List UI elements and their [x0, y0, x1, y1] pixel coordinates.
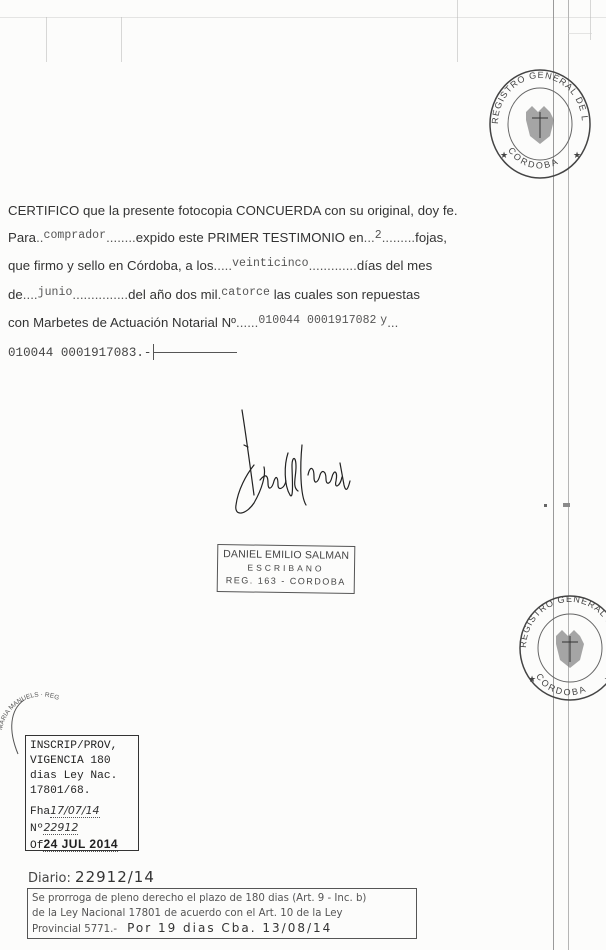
marbete-1: 010044 0001917082 — [258, 314, 376, 327]
fojas-label: fojas, — [415, 230, 447, 245]
inscrip-line-1: INSCRIP/PROV, — [30, 739, 134, 754]
numero-value: 22912 — [43, 821, 78, 835]
cert-statement: CERTIFICO que la presente fotocopia CONC… — [8, 203, 458, 218]
para-value: comprador — [44, 229, 107, 242]
prorroga-stamp: Se prorroga de pleno derecho el plazo de… — [27, 888, 417, 939]
inscrip-line-4: 17801/68. — [30, 784, 134, 799]
cert-line-4: de....junio...............del año dos mi… — [8, 282, 478, 311]
inscrip-line-2: VIGENCIA 180 — [30, 754, 134, 769]
seal-emblem-icon: REGISTRO GENERAL DE LA PROVINCIA CORDOBA… — [512, 590, 606, 710]
diario-entry: Diario: 22912/14 — [28, 868, 155, 886]
svg-text:CORDOBA: CORDOBA — [506, 145, 561, 170]
month-value: junio — [38, 286, 73, 299]
cert-line-1: CERTIFICO que la presente fotocopia CONC… — [8, 198, 478, 225]
closing-line — [153, 352, 237, 353]
expido-text: expido este PRIMER TESTIMONIO en — [136, 230, 364, 245]
diario-value: 22912/14 — [75, 868, 155, 886]
inscrip-line-3: dias Ley Nac. — [30, 769, 134, 784]
inscrip-of: Of24 JUL 2014 — [30, 837, 134, 854]
prorroga-handwritten: Por 19 dias Cba. 13/08/14 — [127, 921, 332, 935]
registry-seal-top: REGISTRO GENERAL DE LA PROVINCIA CORDOBA… — [480, 62, 600, 182]
line3-prefix: que firmo y sello en Córdoba, a los — [8, 258, 214, 273]
para-label: Para — [8, 230, 36, 245]
line3-suffix: días del mes — [357, 258, 432, 273]
cert-line-3: que firmo y sello en Córdoba, a los.....… — [8, 253, 478, 282]
year-prefix: del año dos mil — [128, 287, 217, 302]
copy-border-line — [0, 17, 606, 18]
copy-border-line — [121, 17, 122, 62]
prorroga-line-2: de la Ley Nacional 17801 de acuerdo con … — [32, 906, 412, 921]
y-label: y — [380, 314, 387, 327]
copy-speck — [563, 503, 570, 507]
svg-text:★: ★ — [528, 674, 536, 684]
inscrip-fecha: Fha17/07/14 — [30, 803, 134, 820]
of-date-value: 24 JUL 2014 — [43, 837, 118, 852]
prorroga-line-3: Provincial 5771.-Por 19 dias Cba. 13/08/… — [32, 921, 412, 937]
line5-prefix: con Marbetes de Actuación Notarial Nº — [8, 315, 236, 330]
inscrip-numero: Nº22912 — [30, 820, 134, 837]
fecha-value: 17/07/14 — [50, 804, 99, 818]
copy-speck — [544, 504, 547, 507]
notary-signature — [232, 405, 362, 530]
day-value: veinticinco — [232, 257, 308, 270]
certification-text: CERTIFICO que la presente fotocopia CONC… — [8, 198, 478, 366]
registry-seal-bottom: REGISTRO GENERAL DE LA PROVINCIA CORDOBA… — [512, 590, 606, 710]
inscription-stamp: INSCRIP/PROV, VIGENCIA 180 dias Ley Nac.… — [25, 735, 139, 851]
notary-name: DANIEL EMILIO SALMAN — [218, 548, 354, 563]
prorroga-line-1: Se prorroga de pleno derecho el plazo de… — [32, 891, 412, 906]
page-edge-line — [590, 0, 591, 40]
year-value: catorce — [221, 286, 270, 299]
svg-text:★: ★ — [500, 150, 508, 160]
copy-border-line — [46, 17, 47, 62]
fojas-value: 2 — [375, 229, 382, 242]
svg-text:MARIA MANUELS · REG. GRAL. DE: MARIA MANUELS · REG. GRAL. DE LA PCIA. — [0, 690, 60, 731]
seal-emblem-icon: REGISTRO GENERAL DE LA PROVINCIA CORDOBA… — [480, 62, 600, 182]
marbete-2: 010044 0001917083.- — [8, 346, 151, 360]
cert-line-5: con Marbetes de Actuación Notarial Nº...… — [8, 310, 478, 339]
copy-border-line — [457, 0, 458, 62]
notary-registration: REG. 163 - CORDOBA — [218, 574, 354, 589]
de-label: de — [8, 287, 23, 302]
diario-label: Diario: — [28, 871, 71, 886]
notary-stamp: DANIEL EMILIO SALMAN ESCRIBANO REG. 163 … — [217, 544, 356, 594]
line4-suffix: las cuales son repuestas — [274, 287, 420, 302]
svg-text:★: ★ — [573, 150, 581, 160]
cert-line-2: Para..comprador........expido este PRIME… — [8, 225, 478, 254]
svg-text:CORDOBA: CORDOBA — [534, 672, 589, 698]
copy-border-line — [568, 33, 592, 34]
cert-line-6: 010044 0001917083.- — [8, 339, 478, 367]
